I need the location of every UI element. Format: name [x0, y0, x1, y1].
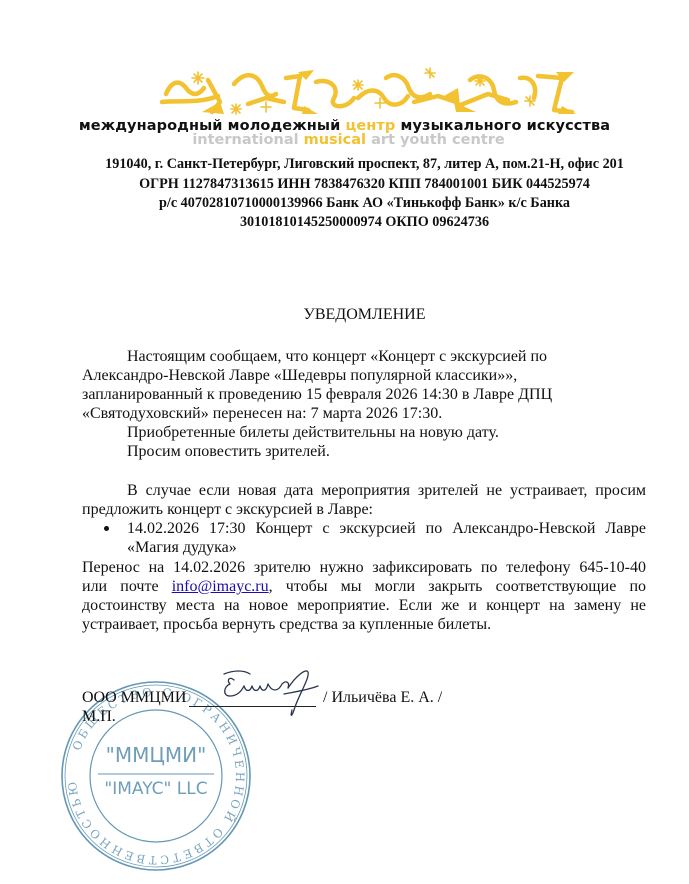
para1-line4: «Святодуховский» перенесен на: 7 марта 2… — [82, 404, 442, 423]
requisites-address: 191040, г. Санкт-Петербург, Лиговский пр… — [0, 155, 689, 175]
para4-line1: В случае если новая дата мероприятия зри… — [127, 481, 646, 500]
para5-line4: устраивает, просьба вернуть средства за … — [82, 615, 491, 634]
para2: Приобретенные билеты действительны на но… — [127, 423, 499, 442]
para1-line3: запланированный к проведению 15 февраля … — [82, 385, 552, 404]
bullet-item-line1: 14.02.2026 17:30 Концерт с экскурсией по… — [127, 519, 646, 538]
para3: Просим оповестить зрителей. — [127, 442, 330, 461]
para4-line2: предложить концерт с экскурсией в Лавре: — [82, 500, 373, 519]
requisites-bank-account: р/с 40702810710000139966 Банк АО «Тинько… — [0, 194, 689, 214]
para5-line2-start: или почте — [82, 578, 172, 595]
requisites-correspondent: 30101810145250000974 ОКПО 09624736 — [0, 213, 689, 233]
stamp-inner-en: "IMAYC" LLC — [104, 779, 207, 799]
para1-line2: Александро-Невской Лавре «Шедевры популя… — [82, 366, 517, 385]
tagline-en-accent: musical — [304, 132, 366, 148]
para1-line1: Настоящим сообщаем, что концерт «Концерт… — [127, 347, 547, 366]
stamp-inner-ru: "ММЦМИ" — [106, 743, 207, 767]
para5-line2-end: , чтобы мы могли закрыть соответствующие… — [269, 578, 646, 595]
para5-line1: Перенос на 14.02.2026 зрителю нужно зафи… — [82, 558, 646, 577]
tagline-en-text: international — [192, 132, 303, 148]
tagline-english: international musical art youth centre — [0, 132, 689, 148]
seal-label: М.П. — [82, 707, 116, 726]
para5-line3: достоинству места на новое мероприятие. … — [82, 596, 646, 615]
signer-name: / Ильичёва Е. А. / — [323, 688, 442, 707]
requisites-registration: ОГРН 1127847313615 ИНН 7838476320 КПП 78… — [0, 175, 689, 195]
document-page: международный молодежный центр музыкальн… — [0, 0, 689, 884]
handwritten-signature-icon — [220, 666, 330, 718]
signature-org: ООО ММЦМИ — [82, 688, 186, 707]
bullet-item-line2: «Магия дудука» — [127, 538, 237, 557]
imayc-logo-icon — [158, 58, 578, 116]
document-title: УВЕДОМЛЕНИЕ — [0, 306, 689, 324]
email-link[interactable]: info@imayc.ru — [172, 578, 269, 595]
para5-line2: или почте info@imayc.ru, чтобы мы могли … — [82, 577, 646, 596]
tagline-en-text-end: art youth centre — [366, 132, 505, 148]
bullet-icon — [104, 526, 109, 531]
